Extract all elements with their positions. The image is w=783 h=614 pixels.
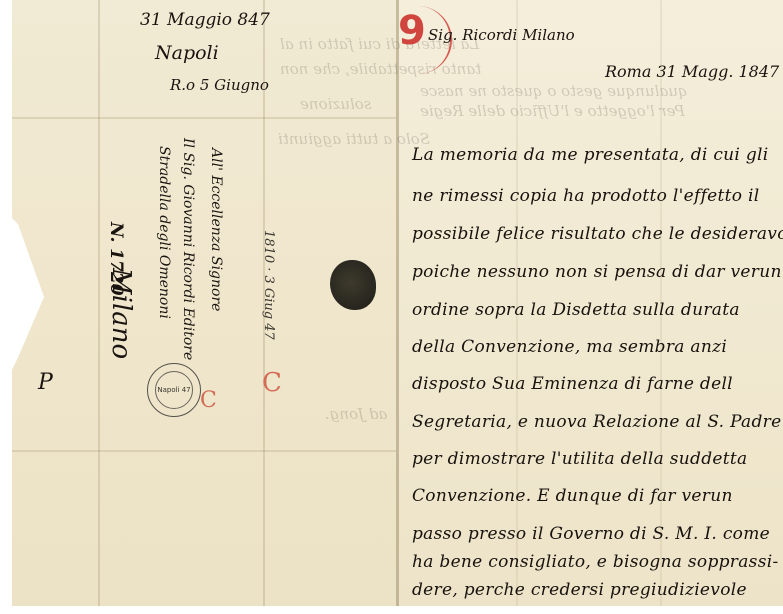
red-tax-mark: C: [262, 368, 282, 398]
address-line-3: Stradella degli Omenoni: [156, 146, 172, 319]
bleed-through-text: qualunque gesto o questo ne nasce: [420, 82, 688, 100]
margin-mark: P: [38, 370, 53, 395]
archive-number: 9: [398, 8, 426, 54]
letter-line: Convenzione. E dunque di far verun: [412, 486, 733, 506]
bleed-through-text: Solo a tutti aggiunti: [278, 130, 430, 148]
bleed-through-text: Per l'oggetto e l'Ufficio delle Regie: [420, 102, 685, 120]
fold-line: [12, 117, 396, 119]
fold-line: [12, 450, 396, 452]
transit-mark: 1810 · 3 Giug 47: [261, 230, 276, 340]
place-note: Napoli: [155, 42, 219, 64]
letter-line: passo presso il Governo di S. M. I. come: [412, 524, 770, 544]
letter-addressee: Sig. Ricordi Milano: [428, 26, 575, 44]
address-line-2: Il Sig. Giovanni Ricordi Editore: [180, 138, 196, 360]
page-edge: [396, 0, 399, 606]
letter-line: ha bene consigliato, e bisogna sopprassi…: [412, 552, 779, 572]
letter-line: ne rimessi copia ha prodotto l'effetto i…: [412, 186, 760, 206]
bleed-through-text: tanto rispettabile, che non: [280, 60, 481, 78]
address-city: Milano: [106, 268, 136, 359]
letter-line: poiche nessuno non si pensa di dar verun: [412, 262, 782, 282]
letter-dateline: Roma 31 Magg. 1847: [605, 62, 779, 81]
date-note: 31 Maggio 847: [140, 10, 270, 30]
wax-seal: [330, 260, 376, 310]
postmark: Napoli 47: [147, 363, 201, 417]
fold-line: [98, 0, 100, 606]
letter-line: disposto Sua Eminenza di farne dell: [412, 374, 733, 394]
address-line-1: All' Eccellenza Signore: [208, 148, 224, 311]
letter-line: dere, perche credersi pregiudizievole: [412, 580, 747, 600]
letter-line: per dimostrare l'utilita della suddetta: [412, 449, 747, 469]
bleed-through-text: soluzione: [300, 95, 371, 113]
postmark-date: Napoli 47: [155, 371, 193, 409]
letter-line: Segretaria, e nuova Relazione al S. Padr…: [412, 412, 781, 432]
letter-line: La memoria da me presentata, di cui gli: [412, 145, 769, 165]
bleed-through-text: ad Jong.: [325, 405, 387, 423]
reply-note: R.o 5 Giugno: [170, 76, 269, 94]
letter-line: possibile felice risultato che le deside…: [412, 224, 783, 244]
letter-sheet: qualunque gesto o questo ne nasce Per l'…: [0, 0, 783, 606]
red-tax-mark: C: [200, 388, 217, 413]
letter-line: ordine sopra la Disdetta sulla durata: [412, 300, 740, 320]
letter-line: della Convenzione, ma sembra anzi: [412, 337, 727, 357]
